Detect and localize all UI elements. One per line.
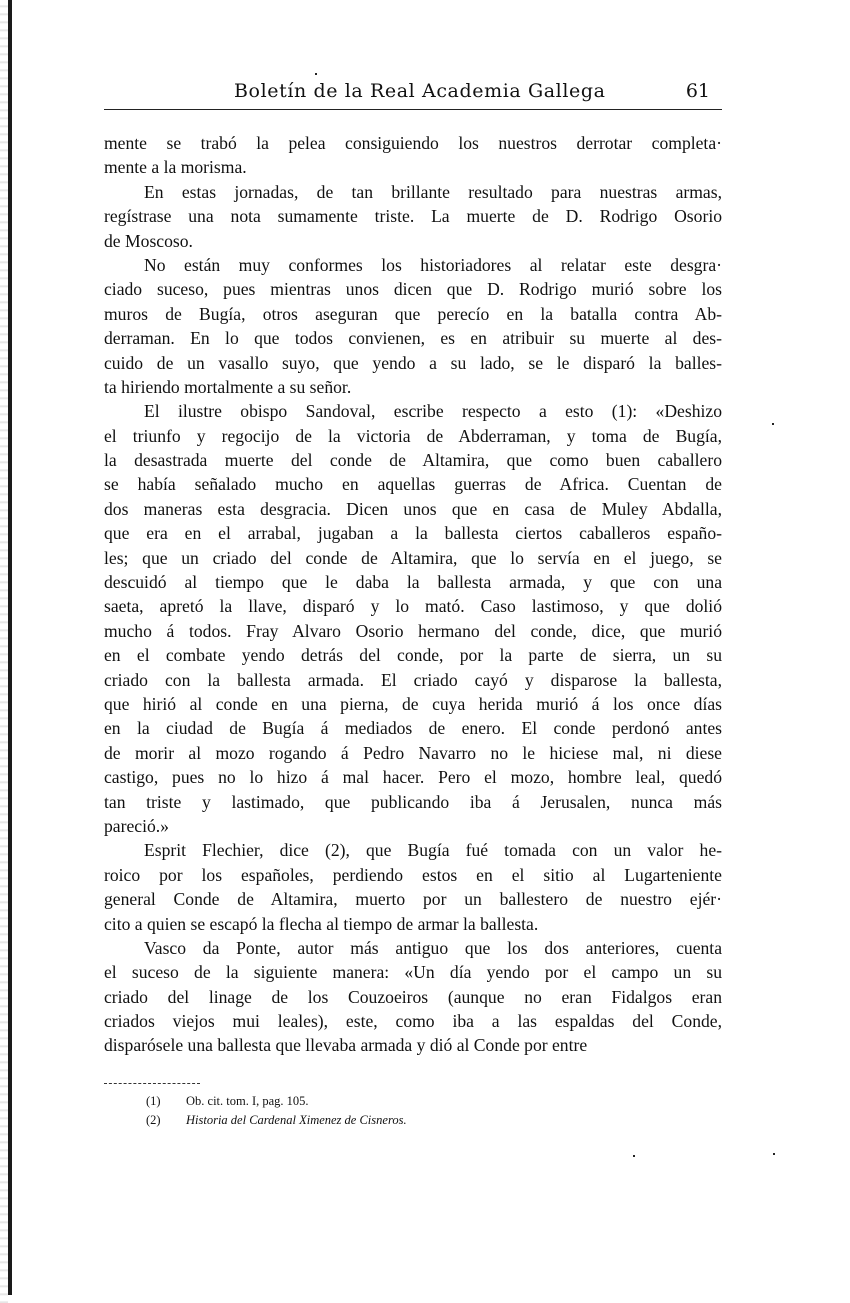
footnote: (2)Historia del Cardenal Ximenez de Cisn… bbox=[146, 1111, 407, 1130]
text-line: mente se trabó la pelea consiguiendo los… bbox=[104, 131, 722, 155]
text-line: Vasco da Ponte, autor más antiguo que lo… bbox=[104, 936, 722, 960]
text-line: que era en el arrabal, jugaban a la ball… bbox=[104, 521, 722, 545]
running-head: Boletín de la Real Academia Gallega 61 bbox=[104, 80, 722, 106]
text-line: ta hiriendo mortalmente a su señor. bbox=[104, 375, 722, 399]
text-line: saeta, apretó la llave, disparó y lo mat… bbox=[104, 594, 722, 618]
footnote-text: Ob. cit. tom. I, pag. 105. bbox=[186, 1092, 309, 1111]
journal-title: Boletín de la Real Academia Gallega bbox=[234, 80, 606, 102]
text-line: les; que un criado del conde de Altamira… bbox=[104, 546, 722, 570]
text-line: tan triste y lastimado, que publicando i… bbox=[104, 790, 722, 814]
text-line: No están muy conformes los historiadores… bbox=[104, 253, 722, 277]
text-line: mucho á todos. Fray Alvaro Osorio herman… bbox=[104, 619, 722, 643]
text-line: castigo, pues no lo hizo á mal hacer. Pe… bbox=[104, 765, 722, 789]
page-binding-shadow bbox=[0, 0, 8, 1303]
footnotes: (1)Ob. cit. tom. I, pag. 105.(2)Historia… bbox=[146, 1092, 407, 1130]
text-line: derraman. En lo que todos convienen, es … bbox=[104, 326, 722, 350]
footnote-marker: (2) bbox=[146, 1111, 186, 1130]
text-line: de morir al mozo rogando á Pedro Navarro… bbox=[104, 741, 722, 765]
text-line: criado del linage de los Couzoeiros (aun… bbox=[104, 985, 722, 1009]
footnote: (1)Ob. cit. tom. I, pag. 105. bbox=[146, 1092, 407, 1111]
footnote-marker: (1) bbox=[146, 1092, 186, 1111]
text-line: cito a quien se escapó la flecha al tiem… bbox=[104, 912, 722, 936]
paragraph: No están muy conformes los historiadores… bbox=[104, 253, 722, 399]
text-line: en la ciudad de Bugía á mediados de ener… bbox=[104, 716, 722, 740]
text-line: la desastrada muerte del conde de Altami… bbox=[104, 448, 722, 472]
footnote-text: Historia del Cardenal Ximenez de Cisnero… bbox=[186, 1111, 407, 1130]
text-line: muros de Bugía, otros aseguran que perec… bbox=[104, 302, 722, 326]
paragraph: mente se trabó la pelea consiguiendo los… bbox=[104, 131, 722, 180]
text-line: En estas jornadas, de tan brillante resu… bbox=[104, 180, 722, 204]
text-line: mente a la morisma. bbox=[104, 155, 722, 179]
paragraph: El ilustre obispo Sandoval, escribe resp… bbox=[104, 399, 722, 838]
page-binding-edge bbox=[8, 0, 12, 1295]
text-line: El ilustre obispo Sandoval, escribe resp… bbox=[104, 399, 722, 423]
header-rule bbox=[104, 109, 722, 110]
text-line: el triunfo y regocijo de la victoria de … bbox=[104, 424, 722, 448]
text-line: criado con la ballesta armada. El criado… bbox=[104, 668, 722, 692]
text-line: criados viejos mui leales), este, como i… bbox=[104, 1009, 722, 1033]
text-line: descuidó al tiempo que le daba la balles… bbox=[104, 570, 722, 594]
text-line: dos maneras esta desgracia. Dicen unos q… bbox=[104, 497, 722, 521]
text-line: el suceso de la siguiente manera: «Un dí… bbox=[104, 960, 722, 984]
text-line: que hirió al conde en una pierna, de cuy… bbox=[104, 692, 722, 716]
text-line: Esprit Flechier, dice (2), que Bugía fué… bbox=[104, 838, 722, 862]
text-line: pareció.» bbox=[104, 814, 722, 838]
paragraph: Esprit Flechier, dice (2), que Bugía fué… bbox=[104, 838, 722, 936]
text-line: roico por los españoles, perdiendo estos… bbox=[104, 863, 722, 887]
paragraph: Vasco da Ponte, autor más antiguo que lo… bbox=[104, 936, 722, 1058]
text-line: de Moscoso. bbox=[104, 229, 722, 253]
scan-speck bbox=[773, 1153, 775, 1155]
scan-speck bbox=[772, 423, 774, 425]
text-line: general Conde de Altamira, muerto por un… bbox=[104, 887, 722, 911]
text-line: cuido de un vasallo suyo, que yendo a su… bbox=[104, 351, 722, 375]
text-line: se había señalado mucho en aquellas guer… bbox=[104, 472, 722, 496]
page-number: 61 bbox=[686, 80, 710, 102]
scan-speck bbox=[633, 1155, 635, 1157]
paragraph: En estas jornadas, de tan brillante resu… bbox=[104, 180, 722, 253]
body-text: mente se trabó la pelea consiguiendo los… bbox=[104, 131, 722, 1058]
text-line: en el combate yendo detrás del conde, po… bbox=[104, 643, 722, 667]
text-line: ciado suceso, pues mientras unos dicen q… bbox=[104, 277, 722, 301]
scan-speck bbox=[315, 73, 317, 75]
text-line: regístrase una nota sumamente triste. La… bbox=[104, 204, 722, 228]
text-line: disparósele una ballesta que llevaba arm… bbox=[104, 1033, 722, 1057]
footnote-rule bbox=[104, 1083, 200, 1084]
